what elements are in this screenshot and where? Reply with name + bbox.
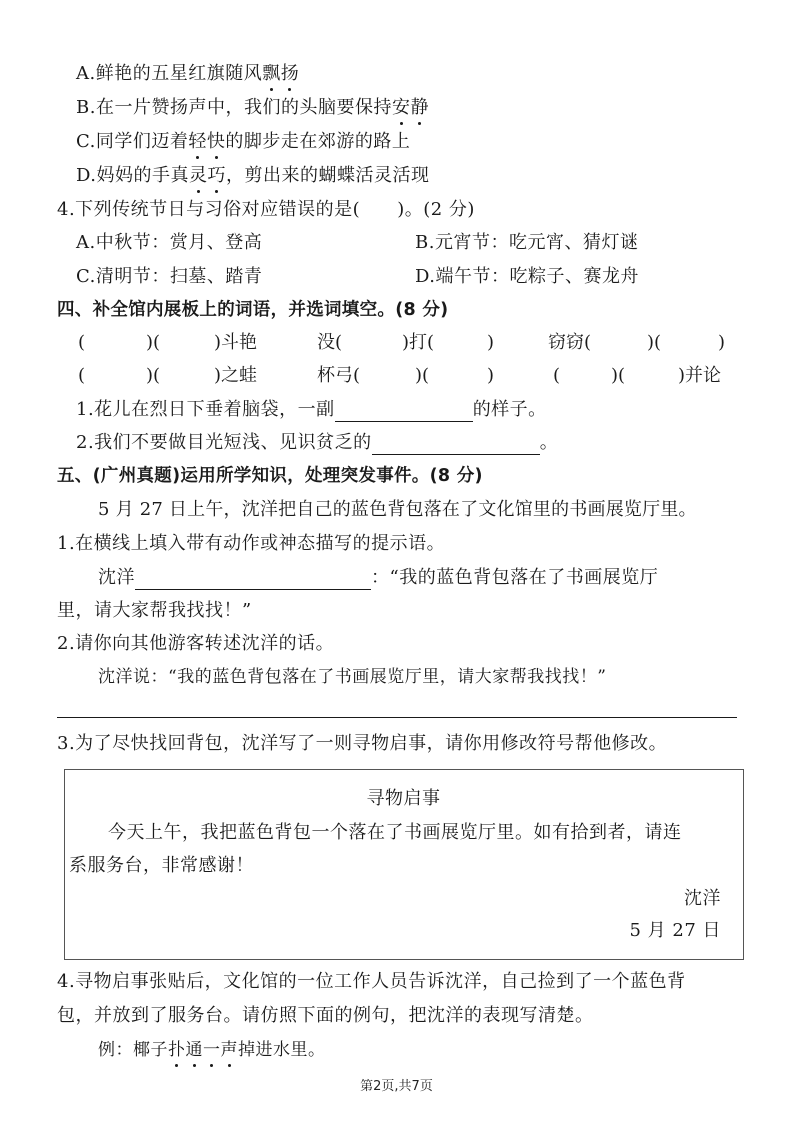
s5-q3-stem: 3.为了尽快找回背包，沈洋写了一则寻物启事，请你用修改符号帮他修改。	[57, 732, 667, 756]
paren-text: )(	[611, 364, 625, 388]
paren-text: )斗艳	[214, 331, 257, 355]
lost-item-notice: 寻物启事 今天上午，我把蓝色背包一个落在了书画展览厅里。如有拾到者，请连 系服务…	[64, 769, 744, 960]
option-text: ，剪出来的蝴蝶活灵活现	[226, 165, 430, 186]
option-text: 的脚步走在郊游的路上	[225, 131, 410, 152]
emphasized-char: 扑	[168, 1038, 186, 1062]
emphasized-char: 快	[207, 130, 226, 154]
paren-text: )	[487, 331, 494, 355]
fill-sentence-2: 2.我们不要做目光短浅、见识贫乏的。	[76, 431, 558, 455]
paren-text: 没(	[317, 331, 342, 355]
emphasized-char: 飘	[262, 62, 281, 86]
option-text: D.妈妈的手真	[76, 165, 189, 186]
answer-blank[interactable]	[372, 434, 540, 455]
notice-signature: 沈洋	[684, 887, 721, 911]
emphasized-char: 灵	[189, 164, 208, 188]
s5-q4-stem-line-1: 4.寻物启事张贴后，文化馆的一位工作人员告诉沈洋，自己捡到了一个蓝色背	[57, 970, 686, 994]
paren-text: 窃窃(	[548, 331, 591, 355]
s5-q1-stem: 1.在横线上填入带有动作或神态描写的提示语。	[57, 532, 445, 556]
option-text: C.同学们迈着	[76, 131, 188, 152]
emphasized-char: 静	[410, 96, 429, 120]
section5-intro: 5 月 27 日上午，沈洋把自己的蓝色背包落在了文化馆里的书画展览厅里。	[98, 498, 697, 522]
paren-text: 杯弓(	[317, 364, 360, 388]
fill-sentence-1: 1.花儿在烈日下垂着脑袋，一副的样子。	[76, 398, 547, 422]
answer-rule[interactable]	[57, 717, 737, 718]
paren-text: )之蛙	[214, 364, 257, 388]
example-text: 例：椰子	[98, 1040, 168, 1060]
paren-text: )并论	[678, 364, 721, 388]
q4-option-c: C.清明节：扫墓、踏青	[76, 265, 262, 289]
answer-blank[interactable]	[135, 569, 371, 590]
idiom-row-1: ( )( )斗艳 没( )打( ) 窃窃( )( )	[0, 331, 793, 355]
emphasized-char: 安	[392, 96, 411, 120]
s5-q1-quote-cont: 里，请大家帮我找找！”	[57, 599, 252, 623]
s5-q2-stem: 2.请你向其他游客转述沈洋的话。	[57, 632, 334, 656]
paren-text: )(	[415, 364, 429, 388]
s5-q1-answer-line: 沈洋：“我的蓝色背包落在了书画展览厅	[98, 566, 658, 590]
q3-option-b: B.在一片赞扬声中，我们的头脑要保持安静	[76, 96, 429, 120]
emphasized-char: 声	[221, 1038, 239, 1062]
sentence-text: 1.花儿在烈日下垂着脑袋，一副	[76, 399, 335, 420]
paren-text: )	[487, 364, 494, 388]
s5-q4-stem-line-2: 包，并放到了服务台。请仿照下面的例句，把沈洋的表现写清楚。	[57, 1004, 594, 1028]
s5-q4-example: 例：椰子扑通一声掉进水里。	[98, 1038, 326, 1062]
s5-q2-quote: 沈洋说：“我的蓝色背包落在了书画展览厅里，请大家帮我找找！”	[98, 665, 606, 689]
example-text: 掉进水里。	[238, 1040, 326, 1060]
section5-title: 五、(广州真题)运用所学知识，处理突发事件。(8 分)	[57, 464, 483, 488]
emphasized-char: 一	[203, 1038, 221, 1062]
q3-option-a: A.鲜艳的五星红旗随风飘扬	[76, 62, 299, 86]
emphasized-char: 巧	[208, 164, 227, 188]
q4-stem: 4.下列传统节日与习俗对应错误的是( )。(2 分)	[57, 198, 475, 222]
q3-option-d: D.妈妈的手真灵巧，剪出来的蝴蝶活灵活现	[76, 164, 430, 188]
paren-text: )(	[146, 331, 160, 355]
notice-date: 5 月 27 日	[629, 919, 721, 943]
paren-text: (	[553, 364, 560, 388]
paren-text: )打(	[402, 331, 434, 355]
speaker-name: 沈洋	[98, 567, 135, 588]
notice-body-line-1: 今天上午，我把蓝色背包一个落在了书画展览厅里。如有拾到者，请连	[108, 821, 682, 845]
notice-body-line-2: 系服务台，非常感谢！	[69, 854, 254, 878]
paren-text: )(	[146, 364, 160, 388]
sentence-text: 。	[540, 432, 559, 453]
quote-text: ：“我的蓝色背包落在了书画展览厅	[371, 567, 658, 588]
sentence-text: 的样子。	[473, 399, 547, 420]
section4-title: 四、补全馆内展板上的词语，并选词填空。(8 分)	[57, 298, 448, 322]
answer-blank[interactable]	[335, 401, 473, 422]
emphasized-char: 轻	[188, 130, 207, 154]
paren-text: (	[78, 331, 85, 355]
q3-option-c: C.同学们迈着轻快的脚步走在郊游的路上	[76, 130, 410, 154]
paren-text: )(	[647, 331, 661, 355]
paren-text: )	[718, 331, 725, 355]
emphasized-char: 通	[186, 1038, 204, 1062]
q4-option-b: B.元宵节：吃元宵、猜灯谜	[415, 231, 638, 255]
notice-title: 寻物启事	[65, 787, 742, 811]
emphasized-char: 扬	[281, 62, 300, 86]
q4-option-a: A.中秋节：赏月、登高	[76, 231, 262, 255]
option-text: A.鲜艳的五星红旗随风	[76, 63, 262, 84]
q4-option-d: D.端午节：吃粽子、赛龙舟	[415, 265, 639, 289]
option-text: B.在一片赞扬声中，我们的头脑要保持	[76, 97, 392, 118]
paren-text: (	[78, 364, 85, 388]
sentence-text: 2.我们不要做目光短浅、见识贫乏的	[76, 432, 372, 453]
page-indicator: 第2页,共7页	[0, 1079, 793, 1095]
idiom-row-2: ( )( )之蛙 杯弓( )( ) ( )( )并论	[0, 364, 793, 388]
